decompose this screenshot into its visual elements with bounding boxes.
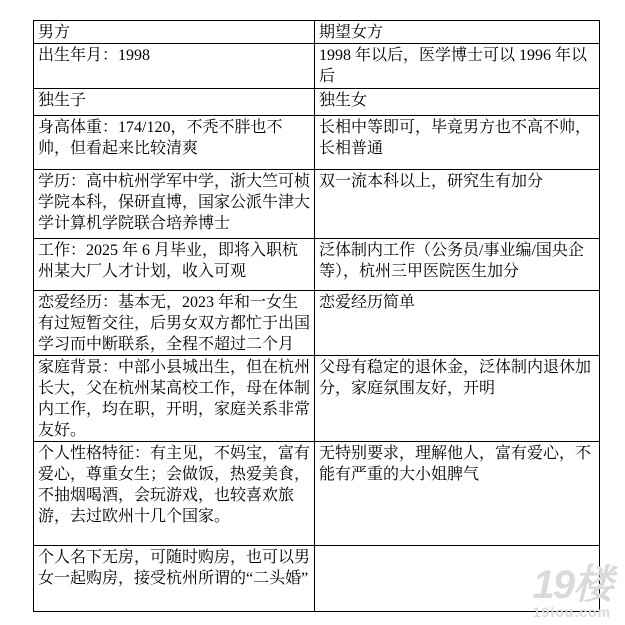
expect-cell: 泛体制内工作（公务员/事业编/国央企等），杭州三甲医院医生加分 (315, 239, 600, 291)
table-row-education: 学历：高中杭州学军中学，浙大竺可桢学院本科，保研直博，国家公派牛津大学计算机学院… (34, 170, 600, 239)
male-cell: 身高体重：174/120，不秃不胖也不帅，但看起来比较清爽 (34, 116, 315, 170)
expect-cell: 父母有稳定的退休金，泛体制内退休加分，家庭氛围友好，开明 (315, 356, 600, 442)
male-cell: 家庭背景：中部小县城出生，但在杭州长大，父在杭州某高校工作，母在体制内工作，均在… (34, 356, 315, 442)
expect-cell: 独生女 (315, 89, 600, 116)
table-row-only-child: 独生子 独生女 (34, 89, 600, 116)
table-row-housing: 个人名下无房，可随时购房，也可以男女一起购房，接受杭州所谓的“二头婚” (34, 546, 600, 612)
header-cell-expect: 期望女方 (315, 21, 600, 44)
matchmaking-profile-table: 男方 期望女方 出生年月：1998 1998 年以后，医学博士可以 1996 年… (33, 20, 600, 612)
male-cell: 出生年月：1998 (34, 44, 315, 89)
table-row-relationship-history: 恋爱经历：基本无，2023 年和一女生有过短暂交往，后男女双方都忙于出国学习而中… (34, 291, 600, 356)
table-row-job: 工作：2025 年 6 月毕业，即将入职杭州某大厂人才计划，收入可观 泛体制内工… (34, 239, 600, 291)
header-cell-male: 男方 (34, 21, 315, 44)
expect-cell: 双一流本科以上，研究生有加分 (315, 170, 600, 239)
page: 男方 期望女方 出生年月：1998 1998 年以后，医学博士可以 1996 年… (0, 0, 625, 625)
expect-cell (315, 546, 600, 612)
expect-cell: 长相中等即可，毕竟男方也不高不帅，长相普通 (315, 116, 600, 170)
male-cell: 学历：高中杭州学军中学，浙大竺可桢学院本科，保研直博，国家公派牛津大学计算机学院… (34, 170, 315, 239)
male-cell: 恋爱经历：基本无，2023 年和一女生有过短暂交往，后男女双方都忙于出国学习而中… (34, 291, 315, 356)
expect-cell: 1998 年以后，医学博士可以 1996 年以后 (315, 44, 600, 89)
table-row-birth: 出生年月：1998 1998 年以后，医学博士可以 1996 年以后 (34, 44, 600, 89)
male-cell: 个人名下无房，可随时购房，也可以男女一起购房，接受杭州所谓的“二头婚” (34, 546, 315, 612)
male-cell: 个人性格特征：有主见，不妈宝，富有爱心，尊重女生；会做饭，热爱美食，不抽烟喝酒，… (34, 442, 315, 546)
table-row-personality: 个人性格特征：有主见，不妈宝，富有爱心，尊重女生；会做饭，热爱美食，不抽烟喝酒，… (34, 442, 600, 546)
male-cell: 工作：2025 年 6 月毕业，即将入职杭州某大厂人才计划，收入可观 (34, 239, 315, 291)
expect-cell: 无特别要求，理解他人，富有爱心，不能有严重的大小姐脾气 (315, 442, 600, 546)
table-row-family-background: 家庭背景：中部小县城出生，但在杭州长大，父在杭州某高校工作，母在体制内工作，均在… (34, 356, 600, 442)
table-header-row: 男方 期望女方 (34, 21, 600, 44)
expect-cell: 恋爱经历简单 (315, 291, 600, 356)
male-cell: 独生子 (34, 89, 315, 116)
table-row-height-weight: 身高体重：174/120，不秃不胖也不帅，但看起来比较清爽 长相中等即可，毕竟男… (34, 116, 600, 170)
